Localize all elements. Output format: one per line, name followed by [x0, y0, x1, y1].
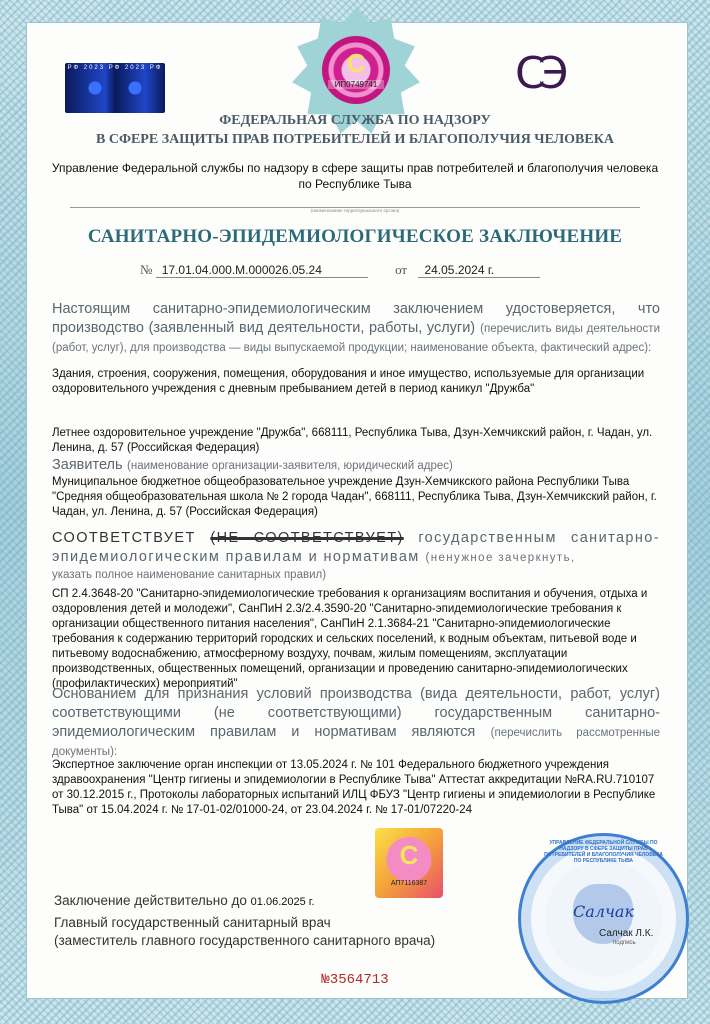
agency-header-line1: ФЕДЕРАЛЬНАЯ СЛУЖБА ПО НАДЗОРУ: [0, 113, 710, 129]
document-title: САНИТАРНО-ЭПИДЕМИОЛОГИЧЕСКОЕ ЗАКЛЮЧЕНИЕ: [0, 226, 710, 248]
security-hologram-strip: РФ 2023 РФ 2023 РФ: [65, 63, 165, 113]
conformity-statement: СООТВЕТСТВУЕТ (НЕ СООТВЕТСТВУЕТ) государ…: [52, 529, 660, 567]
signature-caption: подпись: [613, 940, 636, 946]
hologram-code: АП7116387: [375, 880, 443, 887]
agency-header-line2: В СФЕРЕ ЗАЩИТЫ ПРАВ ПОТРЕБИТЕЛЕЙ И БЛАГО…: [0, 132, 710, 148]
form-serial-number: №3564713: [0, 972, 710, 988]
validity-row: Заключение действительно до 01.06.2025 г…: [54, 893, 315, 908]
conformity-hint2: указать полное наименование санитарных п…: [52, 569, 660, 581]
number-label: №: [140, 262, 152, 277]
basis-paragraph: Основанием для признания условий произво…: [52, 685, 660, 760]
basis-documents: Экспертное заключение орган инспекции от…: [52, 758, 660, 818]
divider: [70, 207, 640, 208]
sanitary-rules: СП 2.4.3648-20 "Санитарно-эпидемиологиче…: [52, 587, 660, 692]
applicant-details: Муниципальное бюджетное общеобразователь…: [52, 475, 660, 520]
conformity-hint1: (ненужное зачеркнуть,: [426, 552, 576, 564]
validity-date: 01.06.2025 г.: [251, 896, 315, 908]
hologram-strip-label: РФ 2023 РФ 2023 РФ: [65, 65, 165, 71]
seal-symbol: С: [322, 48, 390, 79]
territorial-caption: (наименование территориального органа): [0, 209, 710, 214]
date-label: от: [395, 262, 407, 277]
hologram-symbol: С: [375, 840, 443, 871]
document-date: 24.05.2024 г.: [418, 263, 540, 278]
security-hologram-bottom: С АП7116387: [375, 828, 443, 898]
document-number-row: № 17.01.04.000.М.000026.05.24 от 24.05.2…: [140, 262, 540, 278]
signatory-name: Салчак Л.К.: [599, 928, 653, 939]
validity-label: Заключение действительно до: [54, 893, 247, 908]
stamp-ring-text: УПРАВЛЕНИЕ ФЕДЕРАЛЬНОЙ СЛУЖБЫ ПО НАДЗОРУ…: [521, 840, 686, 864]
territorial-body: Управление Федеральной службы по надзору…: [50, 160, 660, 192]
conformity-yes: СООТВЕТСТВУЕТ: [52, 530, 196, 546]
document-number: 17.01.04.000.М.000026.05.24: [156, 263, 368, 278]
se-logo-icon: СЭ: [515, 48, 560, 99]
conformity-no-struck: (НЕ СООТВЕТСТВУЕТ): [210, 530, 403, 546]
facility-address: Летнее оздоровительное учреждение "Дружб…: [52, 426, 660, 456]
signature: Салчак: [551, 902, 656, 921]
intro-paragraph: Настоящим санитарно-эпидемиологическим з…: [52, 300, 660, 356]
seal-code: ИП0749741: [328, 80, 384, 89]
activity-description: Здания, строения, сооружения, помещения,…: [52, 367, 660, 397]
applicant-hint: (наименование организации-заявителя, юри…: [127, 460, 453, 472]
applicant-heading: Заявитель (наименование организации-заяв…: [52, 456, 660, 475]
chief-deputy-title: (заместитель главного государственного с…: [54, 933, 435, 948]
applicant-label: Заявитель: [52, 457, 123, 473]
chief-title: Главный государственный санитарный врач: [54, 915, 331, 930]
